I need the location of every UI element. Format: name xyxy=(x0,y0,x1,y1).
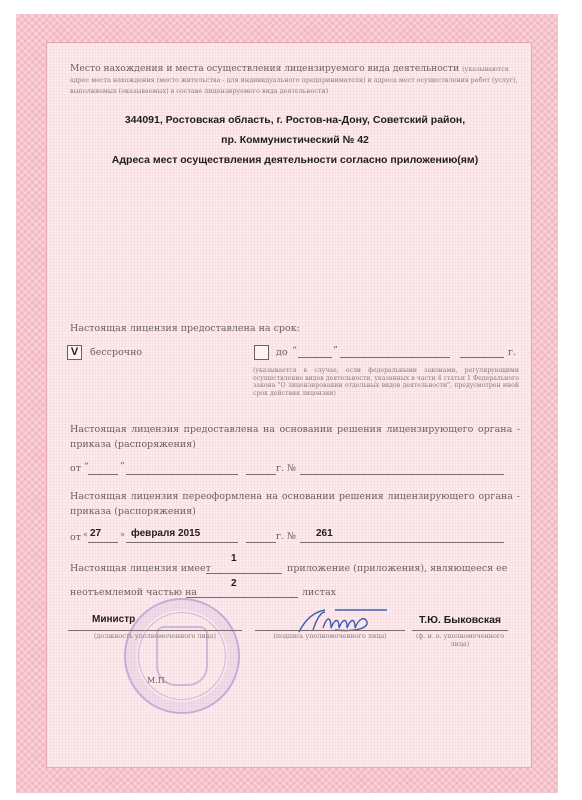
appendix-count: 1 xyxy=(231,553,237,564)
term-until-quote-close: ” xyxy=(333,345,338,356)
granted-number-field[interactable] xyxy=(300,474,504,475)
term-until-month-field[interactable] xyxy=(340,357,450,358)
reissued-number: 261 xyxy=(316,528,333,539)
address-line-2: пр. Коммунистический № 42 xyxy=(70,130,520,150)
granted-year-suffix: г. № xyxy=(276,463,296,474)
reissued-number-line xyxy=(300,542,504,543)
signatory-position: Министр xyxy=(92,614,135,625)
appendix-text-after: приложение (приложения), являющееся ее xyxy=(287,563,507,574)
signatory-position-caption: (должность уполномоченного лица) xyxy=(68,632,242,640)
term-until-day-field[interactable] xyxy=(298,357,332,358)
term-note: (указывается в случае, если федеральными… xyxy=(253,367,519,397)
location-heading-block: Место нахождения и места осуществления л… xyxy=(70,63,520,96)
appendix-count-line xyxy=(206,573,282,574)
granted-year-field[interactable] xyxy=(246,474,276,475)
appendix-text-before: Настоящая лицензия имеет xyxy=(70,563,211,574)
granted-day-field[interactable] xyxy=(88,474,118,475)
reissued-from-label: от xyxy=(70,532,81,543)
signatory-name: Т.Ю. Быковская xyxy=(412,614,508,626)
signatory-name-line xyxy=(412,630,508,631)
stamp-label: М.П. xyxy=(147,676,167,685)
term-unlimited-checkbox[interactable]: V xyxy=(67,345,82,360)
reissued-quote-close: » xyxy=(120,530,125,539)
reissued-month-year: февраля 2015 xyxy=(131,528,200,539)
address-block: 344091, Ростовская область, г. Ростов-на… xyxy=(70,110,520,170)
term-until-year-field[interactable] xyxy=(460,357,504,358)
location-heading: Место нахождения и места осуществления л… xyxy=(70,63,459,74)
address-line-3: Адреса мест осуществления деятельности с… xyxy=(70,150,520,170)
reissued-month-year-line xyxy=(126,542,238,543)
granted-quote-close: ” xyxy=(120,461,125,472)
sheets-text-before: неотъемлемой частью на xyxy=(70,587,197,598)
official-seal xyxy=(124,598,240,714)
reissued-day-line xyxy=(88,542,118,543)
granted-heading: Настоящая лицензия предоставлена на осно… xyxy=(70,422,520,452)
term-until-checkbox[interactable] xyxy=(254,345,269,360)
sheets-count-line xyxy=(186,597,298,598)
reissued-year-suffix: г. № xyxy=(276,531,296,542)
sheets-text-after: листах xyxy=(302,587,336,598)
reissued-quote-open: « xyxy=(83,530,88,539)
term-heading: Настоящая лицензия предоставлена на срок… xyxy=(70,323,300,334)
signatory-position-line xyxy=(68,630,242,631)
address-line-1: 344091, Ростовская область, г. Ростов-на… xyxy=(70,110,520,130)
signatory-name-caption: (ф. и. о. уполномоченного лица) xyxy=(412,632,508,648)
reissued-year-line xyxy=(246,542,276,543)
reissued-heading: Настоящая лицензия переоформлена на осно… xyxy=(70,489,520,519)
granted-month-year-field[interactable] xyxy=(126,474,238,475)
granted-quote-open: “ xyxy=(84,461,89,472)
granted-from-label: от xyxy=(70,463,81,474)
term-until-quote-open: “ xyxy=(292,345,297,356)
sheets-count: 2 xyxy=(231,578,237,589)
term-unlimited-label: бессрочно xyxy=(90,347,142,358)
term-until-year-suffix: г. xyxy=(508,347,516,358)
reissued-day: 27 xyxy=(90,528,101,539)
signature-caption: (подпись уполномоченного лица) xyxy=(255,632,405,640)
signature-line xyxy=(255,630,405,631)
term-until-prefix: до xyxy=(276,347,288,358)
